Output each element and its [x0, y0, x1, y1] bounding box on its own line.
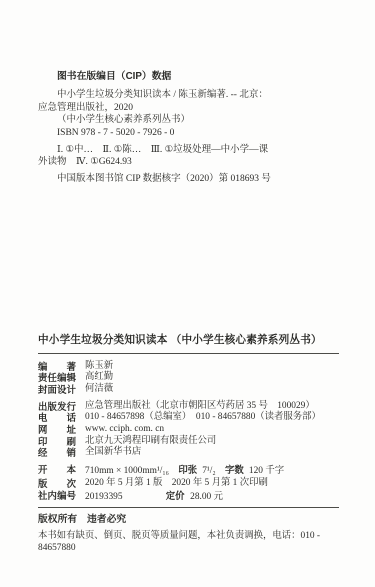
colophon-rows: 编著陈玉新责任编辑高红勤封面设计何洁薇出版发行应急管理出版社（北京市朝阳区芍药居… — [38, 361, 339, 504]
colophon-label: 出版发行 — [38, 401, 76, 413]
colophon-row: 封面设计何洁薇 — [38, 384, 339, 396]
divider-bottom — [38, 507, 339, 508]
colophon-row: 经销全国新华书店 — [38, 447, 339, 459]
colophon-value: 全国新华书店 — [85, 447, 339, 459]
cip-line: ISBN 978 - 7 - 5020 - 7926 - 0 — [38, 127, 339, 140]
colophon-row: 版次2020 年 5 月第 1 版 2020 年 5 月第 1 次印刷 — [38, 478, 339, 490]
colophon-row: 开本710mm × 1000mm¹/₁₆印张7¹/₂字数120 千字 — [38, 464, 339, 478]
colophon-row: 印刷北京九天鸿程印刷有限责任公司 — [38, 436, 339, 448]
colophon-row: 责任编辑高红勤 — [38, 372, 339, 384]
colophon-row: 社内编号20193395定价28.00 元 — [38, 490, 339, 504]
colophon-value: 应急管理出版社（北京市朝阳区芍药居 35 号 100029） — [85, 401, 339, 413]
quality-note: 本书如有缺页、倒页、脱页等质量问题，本社负责调换，电话：010 - 846578… — [38, 530, 339, 555]
cip-line: （中小学生核心素养系列丛书） — [38, 114, 339, 127]
colophon-label: 社内编号 — [38, 490, 76, 504]
colophon-value: 高红勤 — [85, 372, 339, 384]
colophon-label: 责任编辑 — [38, 372, 76, 384]
colophon-label: 经销 — [38, 447, 76, 459]
colophon-row: 出版发行应急管理出版社（北京市朝阳区芍药居 35 号 100029） — [38, 401, 339, 413]
cip-line: 应急管理出版社，2020 — [38, 102, 339, 115]
colophon-value: 北京九天鸿程印刷有限责任公司 — [85, 436, 339, 448]
colophon: 编著陈玉新责任编辑高红勤封面设计何洁薇出版发行应急管理出版社（北京市朝阳区芍药居… — [38, 361, 339, 504]
colophon-label: 网址 — [38, 424, 76, 436]
colophon-row: 电话010 - 84657898（总编室） 010 - 84657880（读者服… — [38, 412, 339, 424]
colophon-label: 印刷 — [38, 436, 76, 448]
cip-heading: 图书在版编目（CIP）数据 — [38, 70, 339, 83]
divider-top — [38, 353, 339, 354]
colophon-label: 编著 — [38, 361, 76, 373]
cip-block: 图书在版编目（CIP）数据 中小学生垃圾分类知识读本 / 陈玉新编著. -- 北… — [38, 70, 339, 186]
colophon-value: 2020 年 5 月第 1 版 2020 年 5 月第 1 次印刷 — [85, 478, 339, 490]
copyright-block: 版权所有 违者必究 本书如有缺页、倒页、脱页等质量问题，本社负责调换，电话：01… — [38, 514, 339, 555]
colophon-label: 版次 — [38, 478, 76, 490]
colophon-value: 710mm × 1000mm¹/₁₆印张7¹/₂字数120 千字 — [85, 464, 339, 478]
cip-line: Ⅰ. ①中… Ⅱ. ①陈… Ⅲ. ①垃圾处理—中小学—课 — [38, 144, 339, 157]
colophon-label: 开本 — [38, 464, 76, 478]
colophon-value: 陈玉新 — [85, 361, 339, 373]
copyright-page: 图书在版编目（CIP）数据 中小学生垃圾分类知识读本 / 陈玉新编著. -- 北… — [0, 0, 375, 587]
cip-line: 外读物 Ⅳ. ①G624.93 — [38, 156, 339, 169]
colophon-value: 何洁薇 — [85, 384, 339, 396]
book-title-block: 中小学生垃圾分类知识读本 （中小学生核心素养系列丛书） — [38, 334, 339, 354]
colophon-value: www. cciph. com. cn — [85, 424, 339, 436]
cip-line: 中国版本图书馆 CIP 数据核字（2020）第 018693 号 — [38, 173, 339, 186]
colophon-row: 编著陈玉新 — [38, 361, 339, 373]
colophon-value: 010 - 84657898（总编室） 010 - 84657880（读者服务部… — [85, 412, 339, 424]
book-title: 中小学生垃圾分类知识读本 （中小学生核心素养系列丛书） — [38, 334, 339, 347]
copyright-notice: 版权所有 违者必究 — [38, 514, 339, 527]
colophon-value: 20193395定价28.00 元 — [85, 490, 339, 504]
colophon-label: 封面设计 — [38, 384, 76, 396]
cip-line: 中小学生垃圾分类知识读本 / 陈玉新编著. -- 北京： — [38, 89, 339, 102]
colophon-label: 电话 — [38, 412, 76, 424]
cip-lines: 中小学生垃圾分类知识读本 / 陈玉新编著. -- 北京：应急管理出版社，2020… — [38, 89, 339, 186]
colophon-row: 网址www. cciph. com. cn — [38, 424, 339, 436]
